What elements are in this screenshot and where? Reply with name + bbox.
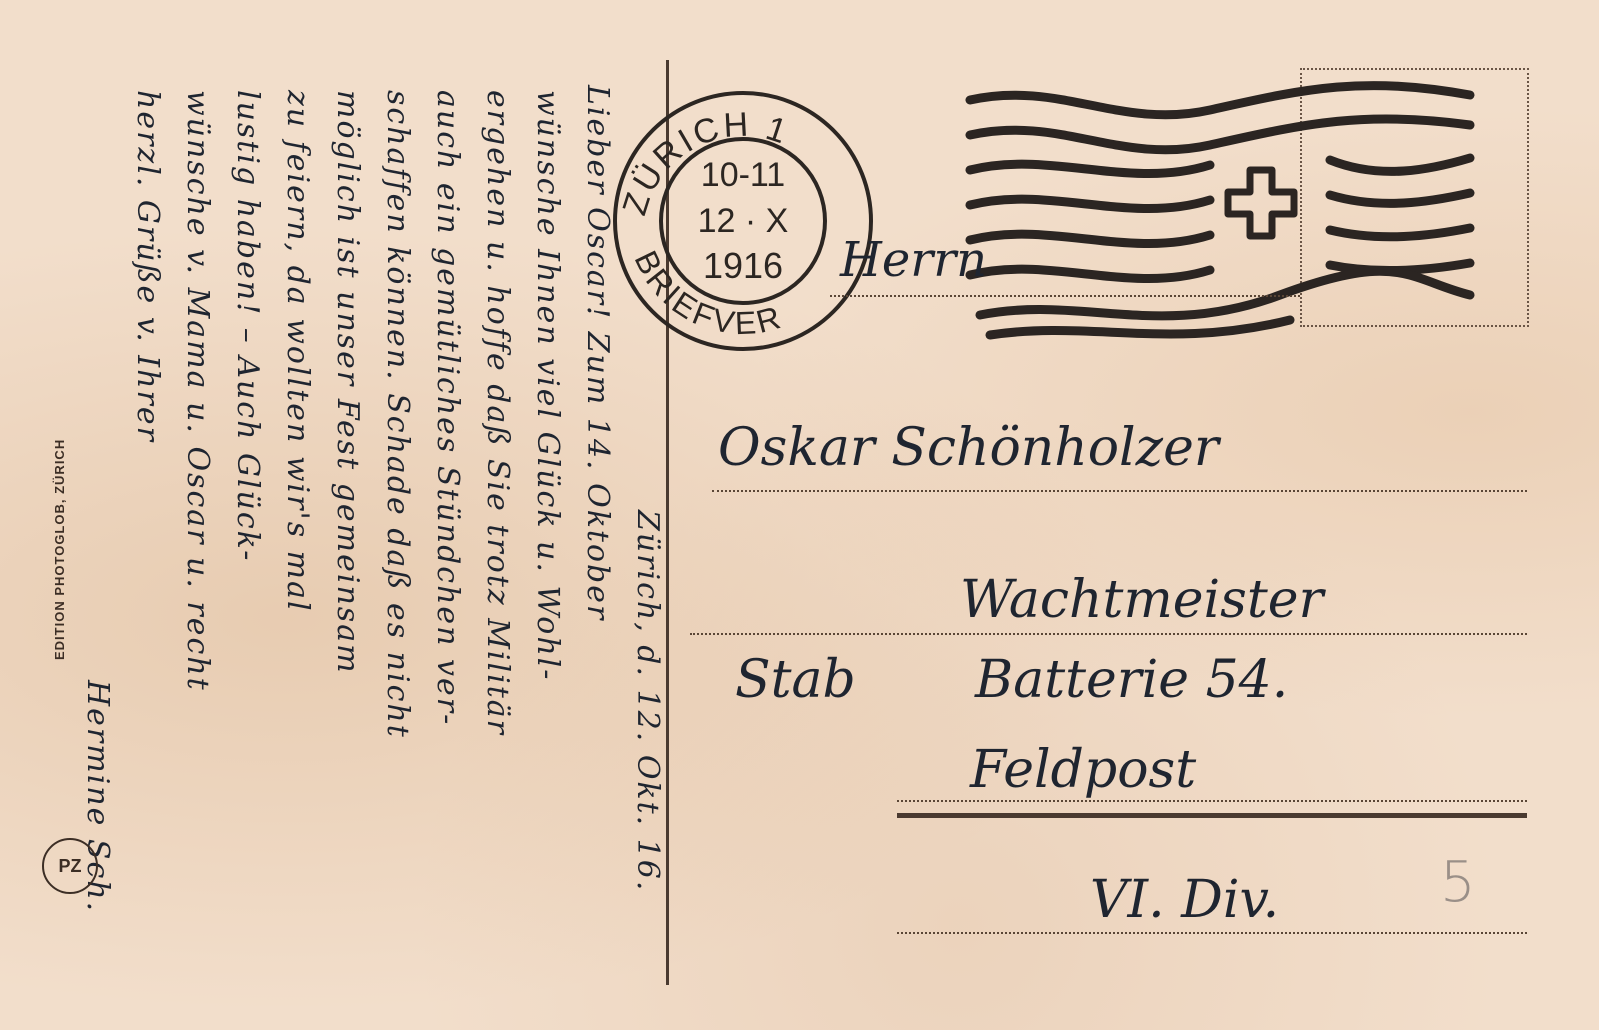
- swiss-cross-icon: [1228, 170, 1294, 236]
- postmark: ZÜRICH 1 BRIEFVER 10-11 12 · X 1916: [608, 86, 878, 356]
- postmark-year: 1916: [703, 245, 783, 286]
- message-line: möglich ist unser Fest gemeinsam: [330, 90, 365, 675]
- address-rank: Wachtmeister: [960, 570, 1323, 630]
- address-service: Feldpost: [970, 740, 1196, 800]
- message-line: wünsche Ihnen viel Glück u. Wohl-: [530, 90, 565, 681]
- address-salutation: Herrn: [840, 232, 987, 288]
- message-line: lustig haben! – Auch Glück-: [230, 90, 265, 562]
- publisher-logo-icon: PZ: [42, 838, 98, 894]
- message-line: herzl. Grüße v. Ihrer: [130, 90, 165, 443]
- message-line: zu feiern, da wollten wir's mal: [280, 90, 315, 613]
- publisher-logo-text: PZ: [58, 856, 81, 877]
- wavy-cancellation: [960, 70, 1500, 340]
- address-line-5: [897, 932, 1527, 934]
- pencil-mark: 5: [1440, 850, 1476, 915]
- address-line-2: [712, 490, 1527, 492]
- address-unit: Batterie 54.: [975, 650, 1288, 710]
- address-underline-bar: [897, 813, 1527, 818]
- address-line-4: [897, 800, 1527, 802]
- address-line-3: [690, 633, 1527, 635]
- handwritten-message: Zürich, d. 12. Okt. 16. Lieber Oscar! Zu…: [10, 10, 660, 1020]
- address-division: VI. Div.: [1090, 870, 1279, 930]
- address-unit-prefix: Stab: [735, 650, 856, 710]
- postmark-date: 12 · X: [698, 202, 789, 240]
- address-name: Oskar Schönholzer: [718, 418, 1219, 478]
- message-line: auch ein gemütliches Stündchen ver-: [430, 90, 465, 726]
- message-line: wünsche v. Mama u. Oscar u. recht: [180, 90, 215, 692]
- message-line: ergehen u. hoffe daß Sie trotz Militär: [480, 90, 515, 736]
- publisher-imprint: EDITION PHOTOGLOB, ZÜRICH: [52, 439, 67, 660]
- message-line: Zürich, d. 12. Okt. 16.: [630, 510, 665, 892]
- address-line-1: [830, 295, 1300, 297]
- postcard: Zürich, d. 12. Okt. 16. Lieber Oscar! Zu…: [0, 0, 1599, 1030]
- postmark-time: 10-11: [701, 156, 785, 194]
- message-line: schaffen können. Schade daß es nicht: [380, 90, 415, 739]
